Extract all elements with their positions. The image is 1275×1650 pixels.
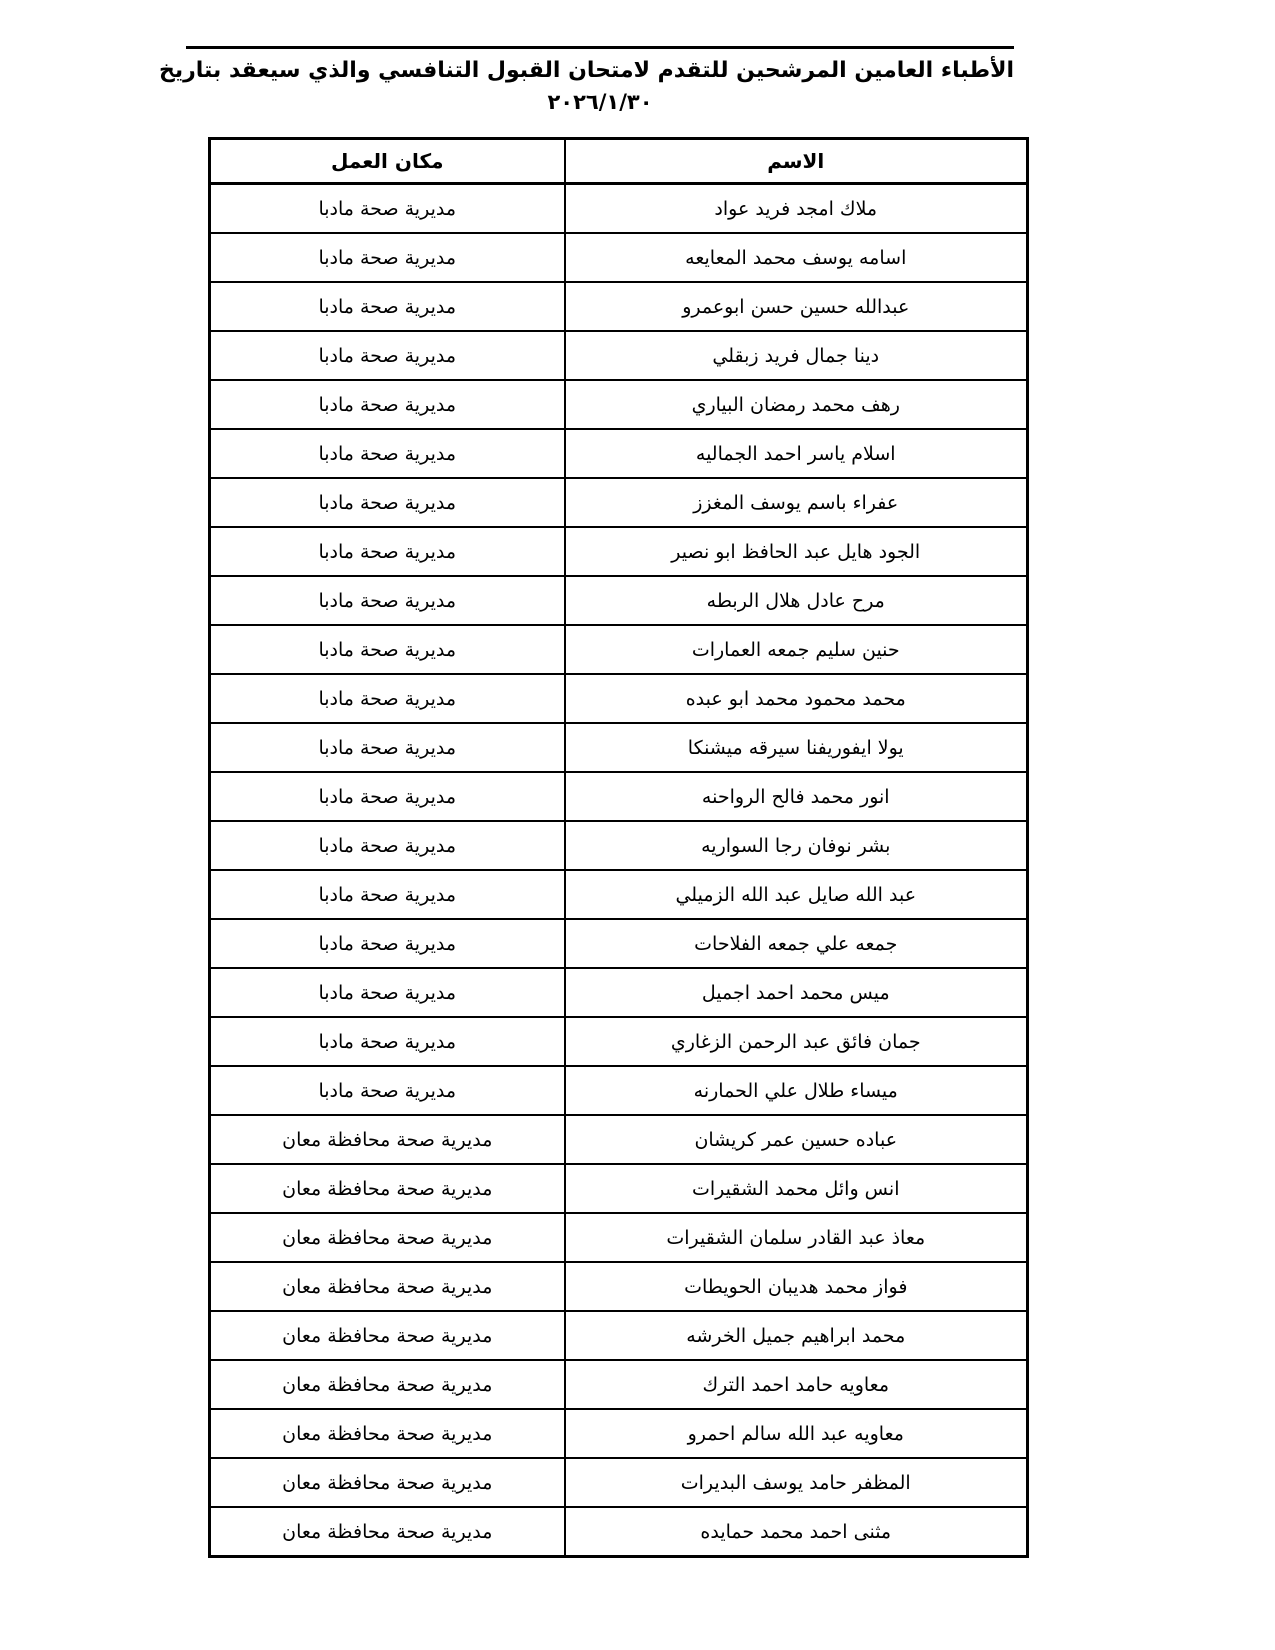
workplace-cell: مديرية صحة مادبا bbox=[210, 968, 565, 1017]
table-row: ميساء طلال علي الحمارنهمديرية صحة مادبا bbox=[210, 1066, 1028, 1115]
workplace-cell: مديرية صحة محافظة معان bbox=[210, 1213, 565, 1262]
table-header: الاسم مكان العمل bbox=[210, 139, 1028, 184]
table-row: فواز محمد هديبان الحويطاتمديرية صحة محاف… bbox=[210, 1262, 1028, 1311]
workplace-cell: مديرية صحة محافظة معان bbox=[210, 1360, 565, 1409]
workplace-cell: مديرية صحة محافظة معان bbox=[210, 1311, 565, 1360]
workplace-cell: مديرية صحة مادبا bbox=[210, 674, 565, 723]
name-cell: عباده حسين عمر كريشان bbox=[565, 1115, 1028, 1164]
table-row: ملاك امجد فريد عوادمديرية صحة مادبا bbox=[210, 184, 1028, 234]
table-row: جمعه علي جمعه الفلاحاتمديرية صحة مادبا bbox=[210, 919, 1028, 968]
workplace-cell: مديرية صحة مادبا bbox=[210, 870, 565, 919]
workplace-cell: مديرية صحة مادبا bbox=[210, 576, 565, 625]
candidates-table: الاسم مكان العمل ملاك امجد فريد عوادمدير… bbox=[208, 137, 1029, 1558]
workplace-cell: مديرية صحة محافظة معان bbox=[210, 1164, 565, 1213]
name-cell: جمعه علي جمعه الفلاحات bbox=[565, 919, 1028, 968]
name-cell: يولا ايفوريفنا سيرقه ميشنكا bbox=[565, 723, 1028, 772]
workplace-cell: مديرية صحة مادبا bbox=[210, 1017, 565, 1066]
name-column-header: الاسم bbox=[565, 139, 1028, 184]
table-row: جمان فائق عبد الرحمن الزغاريمديرية صحة م… bbox=[210, 1017, 1028, 1066]
table-header-row: الاسم مكان العمل bbox=[210, 139, 1028, 184]
name-cell: انس وائل محمد الشقيرات bbox=[565, 1164, 1028, 1213]
name-cell: اسلام ياسر احمد الجماليه bbox=[565, 429, 1028, 478]
table-row: حنين سليم جمعه العماراتمديرية صحة مادبا bbox=[210, 625, 1028, 674]
table-row: عبدالله حسين حسن ابوعمرومديرية صحة مادبا bbox=[210, 282, 1028, 331]
name-cell: رهف محمد رمضان البياري bbox=[565, 380, 1028, 429]
workplace-cell: مديرية صحة مادبا bbox=[210, 282, 565, 331]
name-cell: معاويه حامد احمد الترك bbox=[565, 1360, 1028, 1409]
table-row: رهف محمد رمضان البياريمديرية صحة مادبا bbox=[210, 380, 1028, 429]
workplace-cell: مديرية صحة مادبا bbox=[210, 331, 565, 380]
table-row: معاويه حامد احمد التركمديرية صحة محافظة … bbox=[210, 1360, 1028, 1409]
workplace-cell: مديرية صحة مادبا bbox=[210, 233, 565, 282]
table-row: مثنى احمد محمد حمايدهمديرية صحة محافظة م… bbox=[210, 1507, 1028, 1557]
name-cell: الجود هايل عبد الحافظ ابو نصير bbox=[565, 527, 1028, 576]
table-row: دينا جمال فريد زبقليمديرية صحة مادبا bbox=[210, 331, 1028, 380]
table-row: بشر نوفان رجا السواريهمديرية صحة مادبا bbox=[210, 821, 1028, 870]
table-row: معاذ عبد القادر سلمان الشقيراتمديرية صحة… bbox=[210, 1213, 1028, 1262]
workplace-cell: مديرية صحة محافظة معان bbox=[210, 1115, 565, 1164]
table-body: ملاك امجد فريد عوادمديرية صحة مادبااسامه… bbox=[210, 184, 1028, 1557]
workplace-cell: مديرية صحة محافظة معان bbox=[210, 1507, 565, 1557]
table-row: محمد ابراهيم جميل الخرشهمديرية صحة محافظ… bbox=[210, 1311, 1028, 1360]
name-cell: محمد ابراهيم جميل الخرشه bbox=[565, 1311, 1028, 1360]
workplace-cell: مديرية صحة مادبا bbox=[210, 184, 565, 234]
name-cell: عبدالله حسين حسن ابوعمرو bbox=[565, 282, 1028, 331]
workplace-cell: مديرية صحة مادبا bbox=[210, 723, 565, 772]
workplace-cell: مديرية صحة مادبا bbox=[210, 772, 565, 821]
table-row: عبد الله صايل عبد الله الزميليمديرية صحة… bbox=[210, 870, 1028, 919]
name-cell: ميساء طلال علي الحمارنه bbox=[565, 1066, 1028, 1115]
name-cell: حنين سليم جمعه العمارات bbox=[565, 625, 1028, 674]
workplace-cell: مديرية صحة محافظة معان bbox=[210, 1458, 565, 1507]
table-row: مرح عادل هلال الربطهمديرية صحة مادبا bbox=[210, 576, 1028, 625]
workplace-cell: مديرية صحة مادبا bbox=[210, 527, 565, 576]
workplace-cell: مديرية صحة مادبا bbox=[210, 821, 565, 870]
table-row: عفراء باسم يوسف المغززمديرية صحة مادبا bbox=[210, 478, 1028, 527]
name-cell: انور محمد فالح الرواحنه bbox=[565, 772, 1028, 821]
name-cell: جمان فائق عبد الرحمن الزغاري bbox=[565, 1017, 1028, 1066]
name-cell: عفراء باسم يوسف المغزز bbox=[565, 478, 1028, 527]
table-row: يولا ايفوريفنا سيرقه ميشنكامديرية صحة ما… bbox=[210, 723, 1028, 772]
header-rule bbox=[186, 46, 1014, 49]
name-cell: بشر نوفان رجا السواريه bbox=[565, 821, 1028, 870]
table-row: الجود هايل عبد الحافظ ابو نصيرمديرية صحة… bbox=[210, 527, 1028, 576]
workplace-cell: مديرية صحة مادبا bbox=[210, 919, 565, 968]
workplace-cell: مديرية صحة مادبا bbox=[210, 429, 565, 478]
name-cell: عبد الله صايل عبد الله الزميلي bbox=[565, 870, 1028, 919]
name-cell: ملاك امجد فريد عواد bbox=[565, 184, 1028, 234]
table-row: انس وائل محمد الشقيراتمديرية صحة محافظة … bbox=[210, 1164, 1028, 1213]
name-cell: معاويه عبد الله سالم احمرو bbox=[565, 1409, 1028, 1458]
document-title: الأطباء العامين المرشحين للتقدم لامتحان … bbox=[186, 55, 1014, 87]
table-row: اسامه يوسف محمد المعايعهمديرية صحة مادبا bbox=[210, 233, 1028, 282]
table-row: معاويه عبد الله سالم احمرومديرية صحة محا… bbox=[210, 1409, 1028, 1458]
table-row: انور محمد فالح الرواحنهمديرية صحة مادبا bbox=[210, 772, 1028, 821]
document-page: الأطباء العامين المرشحين للتقدم لامتحان … bbox=[0, 0, 1275, 1650]
name-cell: المظفر حامد يوسف البديرات bbox=[565, 1458, 1028, 1507]
name-cell: محمد محمود محمد ابو عبده bbox=[565, 674, 1028, 723]
workplace-cell: مديرية صحة محافظة معان bbox=[210, 1262, 565, 1311]
exam-date: ٢٠٢٦/١/٣٠ bbox=[186, 87, 1014, 117]
workplace-cell: مديرية صحة مادبا bbox=[210, 625, 565, 674]
workplace-cell: مديرية صحة مادبا bbox=[210, 1066, 565, 1115]
name-cell: فواز محمد هديبان الحويطات bbox=[565, 1262, 1028, 1311]
table-row: المظفر حامد يوسف البديراتمديرية صحة محاف… bbox=[210, 1458, 1028, 1507]
table-row: ميس محمد احمد اجميلمديرية صحة مادبا bbox=[210, 968, 1028, 1017]
name-cell: مثنى احمد محمد حمايده bbox=[565, 1507, 1028, 1557]
name-cell: مرح عادل هلال الربطه bbox=[565, 576, 1028, 625]
workplace-cell: مديرية صحة محافظة معان bbox=[210, 1409, 565, 1458]
name-cell: ميس محمد احمد اجميل bbox=[565, 968, 1028, 1017]
table-row: محمد محمود محمد ابو عبدهمديرية صحة مادبا bbox=[210, 674, 1028, 723]
name-cell: اسامه يوسف محمد المعايعه bbox=[565, 233, 1028, 282]
document-header: الأطباء العامين المرشحين للتقدم لامتحان … bbox=[186, 46, 1014, 117]
name-cell: معاذ عبد القادر سلمان الشقيرات bbox=[565, 1213, 1028, 1262]
workplace-cell: مديرية صحة مادبا bbox=[210, 478, 565, 527]
workplace-column-header: مكان العمل bbox=[210, 139, 565, 184]
name-cell: دينا جمال فريد زبقلي bbox=[565, 331, 1028, 380]
table-row: عباده حسين عمر كريشانمديرية صحة محافظة م… bbox=[210, 1115, 1028, 1164]
table-row: اسلام ياسر احمد الجماليهمديرية صحة مادبا bbox=[210, 429, 1028, 478]
workplace-cell: مديرية صحة مادبا bbox=[210, 380, 565, 429]
